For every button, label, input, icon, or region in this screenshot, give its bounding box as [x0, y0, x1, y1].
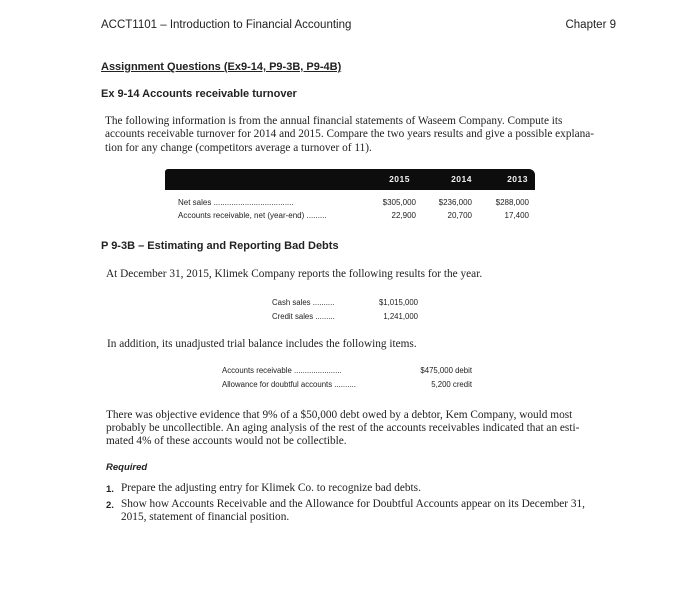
- credit-sales-label: Credit sales .........: [272, 312, 335, 321]
- year-header-2013: 2013: [468, 174, 528, 184]
- assignment-heading: Assignment Questions (Ex9-14, P9-3B, P9-…: [101, 61, 341, 73]
- accounts-receivable-label: Accounts receivable ....................…: [222, 366, 342, 375]
- year-header-2014: 2014: [412, 174, 472, 184]
- allowance-value: 5,200 credit: [392, 380, 472, 389]
- trial-balance-intro: In addition, its unadjusted trial balanc…: [107, 338, 417, 350]
- body-line: mated 4% of these accounts would not be …: [106, 435, 602, 448]
- required-item-1: Prepare the adjusting entry for Klimek C…: [121, 482, 421, 495]
- table-cell: 20,700: [412, 211, 472, 220]
- body-line: There was objective evidence that 9% of …: [106, 409, 602, 422]
- body-line: accounts receivable turnover for 2014 an…: [105, 128, 605, 141]
- chapter-label: Chapter 9: [565, 19, 616, 31]
- cash-sales-label: Cash sales ..........: [272, 298, 334, 307]
- table-cell: $288,000: [469, 198, 529, 207]
- table-cell: 22,900: [356, 211, 416, 220]
- exercise-9-14-title: Ex 9-14 Accounts receivable turnover: [101, 88, 297, 100]
- body-line: probably be uncollectible. An aging anal…: [106, 422, 602, 435]
- credit-sales-value: 1,241,000: [360, 312, 418, 321]
- required-item-2: Show how Accounts Receivable and the All…: [121, 498, 601, 524]
- exercise-9-14-body: The following information is from the an…: [105, 115, 605, 155]
- body-line: Show how Accounts Receivable and the All…: [121, 498, 601, 511]
- table-cell: $236,000: [412, 198, 472, 207]
- accounts-receivable-value: $475,000 debit: [392, 366, 472, 375]
- problem-9-3b-title: P 9-3B – Estimating and Reporting Bad De…: [101, 240, 339, 252]
- evidence-paragraph: There was objective evidence that 9% of …: [106, 409, 602, 448]
- allowance-label: Allowance for doubtful accounts ........…: [222, 380, 356, 389]
- problem-9-3b-intro: At December 31, 2015, Klimek Company rep…: [106, 268, 482, 280]
- body-line: 2015, statement of financial position.: [121, 511, 601, 524]
- table-row-label-accounts-receivable: Accounts receivable, net (year-end) ....…: [178, 211, 327, 220]
- table-row-label-net-sales: Net sales ..............................…: [178, 198, 294, 207]
- required-item-number: 1.: [106, 484, 114, 495]
- required-heading: Required: [106, 462, 147, 473]
- body-line: The following information is from the an…: [105, 115, 605, 128]
- year-header-2015: 2015: [350, 174, 410, 184]
- required-item-number: 2.: [106, 500, 114, 511]
- cash-sales-value: $1,015,000: [360, 298, 418, 307]
- body-line: tion for any change (competitors average…: [105, 142, 605, 155]
- table-cell: 17,400: [469, 211, 529, 220]
- course-title: ACCT1101 – Introduction to Financial Acc…: [101, 19, 351, 31]
- table-cell: $305,000: [356, 198, 416, 207]
